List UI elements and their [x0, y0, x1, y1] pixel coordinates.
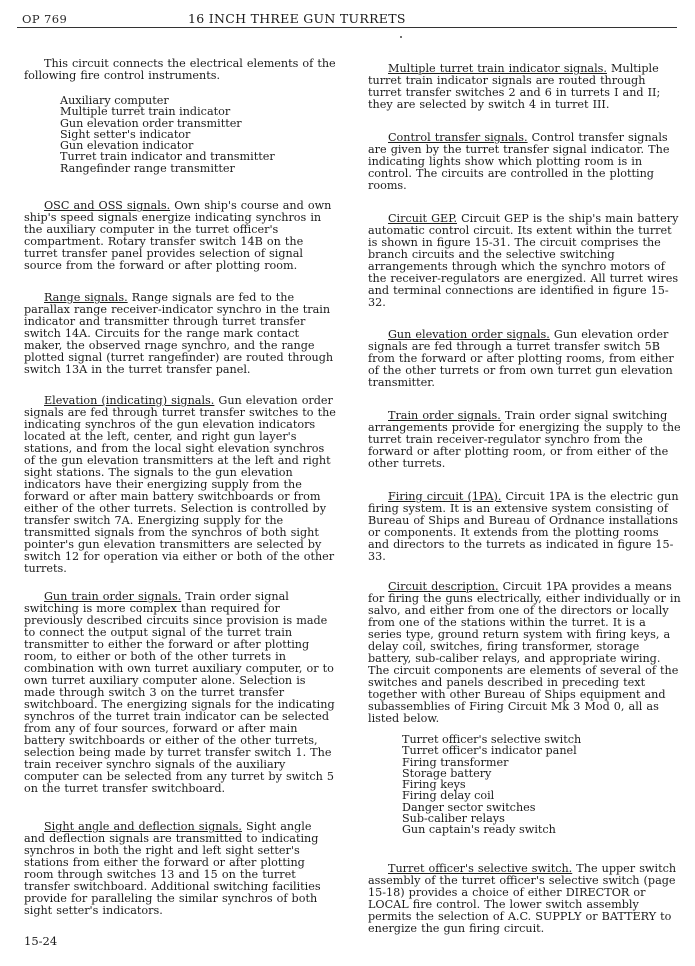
section-range-signals: Range signals. Range signals are fed to …: [24, 292, 336, 376]
component-list: Turret officer's selective switch Turret…: [402, 734, 581, 836]
list-item: Rangefinder range transmitter: [60, 163, 275, 174]
section-turret-officer-switch: Turret officer's selective switch. The u…: [368, 863, 682, 935]
list-item: Gun captain's ready switch: [402, 824, 581, 835]
section-body: Circuit 1PA provides a means for firing …: [368, 580, 681, 725]
intro-text: This circuit connects the electrical ele…: [24, 57, 336, 82]
section-control-transfer: Control transfer signals. Control transf…: [368, 132, 682, 192]
section-osc-oss: OSC and OSS signals. Own ship's course a…: [24, 200, 336, 272]
document-code: OP 769: [22, 12, 67, 26]
running-title: 16 INCH THREE GUN TURRETS: [188, 11, 406, 26]
section-circuit-gep: Circuit GEP. Circuit GEP is the ship's m…: [368, 213, 682, 309]
section-body: Circuit GEP is the ship's main battery a…: [368, 212, 678, 309]
page-number: 15-24: [24, 934, 57, 948]
section-body: Range signals are fed to the parallax ra…: [24, 291, 333, 376]
section-body: Train order signal switching is more com…: [24, 590, 335, 795]
page-header: OP 769 16 INCH THREE GUN TURRETS: [20, 8, 676, 28]
list-item: Multiple turret train indicator: [60, 106, 275, 117]
section-gun-train-order: Gun train order signals. Train order sig…: [24, 591, 336, 795]
section-body: Sight angle and deflection signals are t…: [24, 820, 321, 917]
section-gun-elevation-order: Gun elevation order signals. Gun elevati…: [368, 329, 682, 389]
section-multiple-turret-train: Multiple turret train indicator signals.…: [368, 63, 682, 111]
intro-paragraph: This circuit connects the electrical ele…: [24, 58, 336, 82]
section-circuit-description: Circuit description. Circuit 1PA provide…: [368, 581, 682, 725]
section-sight-angle-deflection: Sight angle and deflection signals. Sigh…: [24, 821, 336, 917]
section-elevation-indicating: Elevation (indicating) signals. Gun elev…: [24, 395, 336, 575]
section-body: Gun elevation order signals are fed thro…: [24, 394, 336, 575]
section-firing-circuit: Firing circuit (1PA). Circuit 1PA is the…: [368, 491, 682, 563]
scan-speck: [400, 36, 402, 38]
instrument-list: Auxiliary computer Multiple turret train…: [60, 95, 275, 174]
list-item: Turret officer's indicator panel: [402, 745, 581, 756]
section-train-order: Train order signals. Train order signal …: [368, 410, 682, 470]
header-rule: [17, 27, 677, 28]
